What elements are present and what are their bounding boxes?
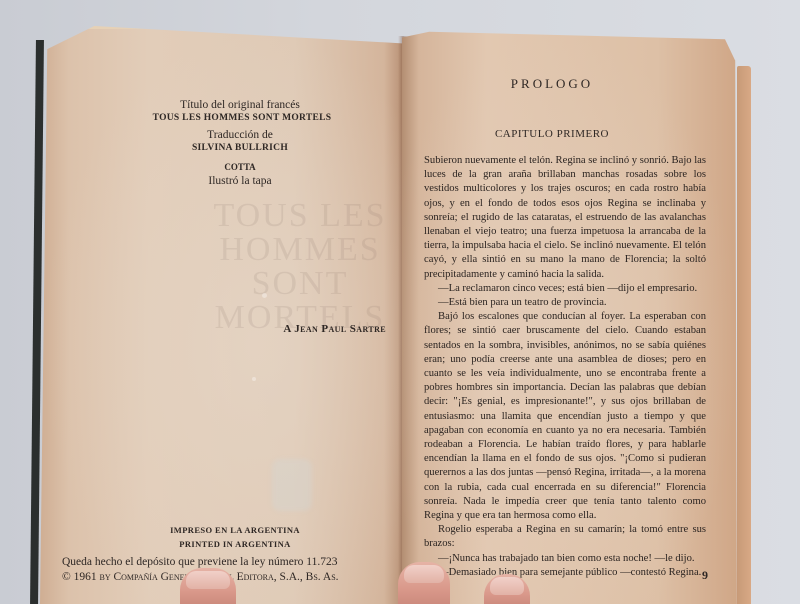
body-paragraph: —Demasiado bien para semejante público —…: [424, 566, 706, 580]
original-title-label: Título del original francés: [120, 99, 360, 111]
dedication: A Jean Paul Sartre: [283, 323, 386, 335]
illustrator-label: Ilustró la tapa: [120, 175, 360, 187]
body-paragraph: —La reclamaron cinco veces; está bien —d…: [424, 282, 706, 296]
body-paragraph: —¡Nunca has trabajado tan bien como esta…: [424, 552, 706, 566]
photo-scene: TOUS LES HOMMES SONT MORTELS Título del …: [0, 0, 800, 604]
fingernail: [490, 577, 524, 595]
printed-in-spanish: IMPRESO EN LA ARGENTINA: [110, 525, 360, 535]
finger: [398, 562, 450, 604]
original-title: TOUS LES HOMMES SONT MORTELS: [120, 113, 364, 123]
body-paragraph: Subieron nuevamente el telón. Regina se …: [424, 154, 706, 282]
section-title: PROLOGO: [402, 76, 702, 92]
paper-stain: [272, 459, 312, 511]
paper-spot: [262, 293, 267, 298]
translator-name: SILVINA BULLRICH: [120, 143, 360, 153]
translation-label: Traducción de: [120, 129, 360, 141]
printed-in-english: PRINTED IN ARGENTINA: [110, 539, 360, 549]
show-through-line: TOUS LES: [180, 199, 420, 233]
body-paragraph: Bajó los escalones que conducían al foye…: [424, 310, 706, 523]
page-number: 9: [702, 568, 708, 583]
chapter-body: Subieron nuevamente el telón. Regina se …: [424, 154, 706, 580]
paper-spot: [252, 377, 256, 381]
body-paragraph: —Está bien para un teatro de provincia.: [424, 296, 706, 310]
left-page: TOUS LES HOMMES SONT MORTELS Título del …: [40, 26, 402, 604]
body-paragraph: Rogelio esperaba a Regina en su camarín;…: [424, 523, 706, 551]
right-page: PROLOGO CAPITULO PRIMERO Subieron nuevam…: [402, 26, 742, 604]
fingernail: [186, 571, 230, 589]
book-back-cover-edge: [737, 66, 751, 604]
show-through-line: HOMMES SONT: [180, 233, 420, 301]
show-through-text: TOUS LES HOMMES SONT MORTELS: [180, 199, 420, 335]
finger: [180, 568, 236, 604]
fingernail: [404, 565, 444, 583]
chapter-title: CAPITULO PRIMERO: [402, 128, 702, 140]
illustrator-name: COTTA: [120, 162, 360, 172]
